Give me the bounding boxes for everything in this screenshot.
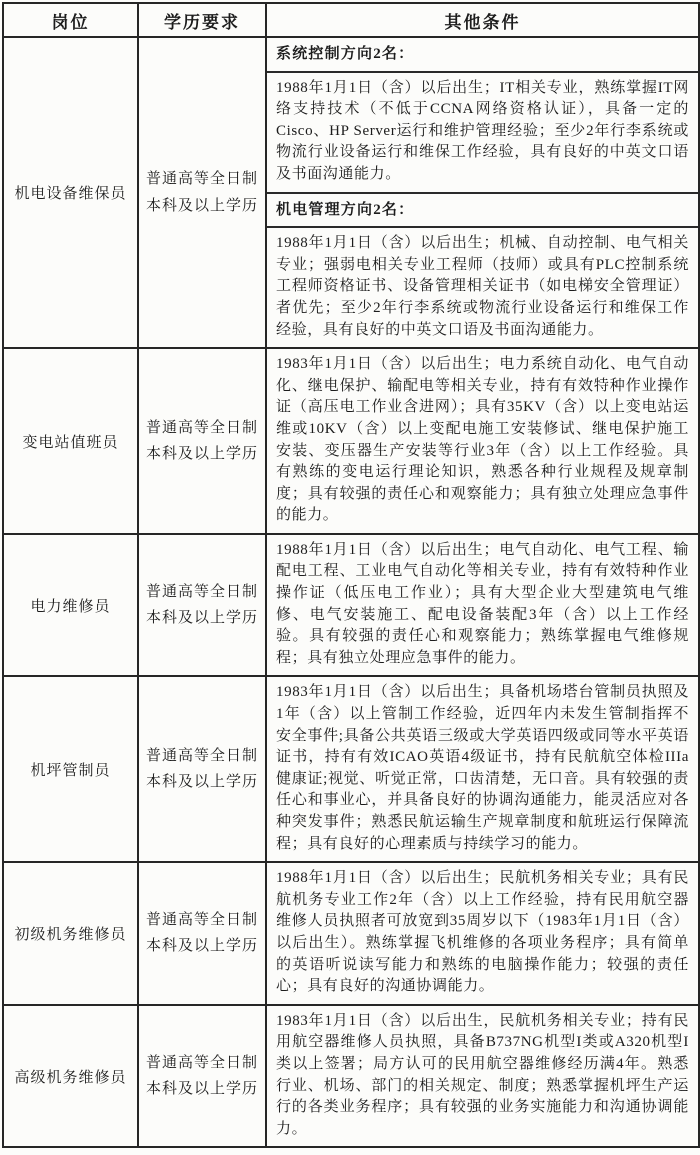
condition-paragraph: 1988年1月1日（含）以后出生；民航机务相关专业；具有民航机务专业工作2年（含… bbox=[267, 863, 698, 1004]
conditions-cell: 系统控制方向2名： 1988年1月1日（含）以后出生；IT相关专业，熟练掌握IT… bbox=[266, 37, 699, 348]
position-cell: 机坪管制员 bbox=[3, 676, 138, 862]
conditions-cell: 1988年1月1日（含）以后出生；电气自动化、电气工程、输配电工程、工业电气自动… bbox=[266, 534, 699, 677]
condition-paragraph: 1988年1月1日（含）以后出生；IT相关专业，熟练掌握IT网络支持技术（不低于… bbox=[267, 71, 698, 192]
conditions-cell: 1988年1月1日（含）以后出生；民航机务相关专业；具有民航机务专业工作2年（含… bbox=[266, 862, 699, 1005]
education-cell: 普通高等全日制本科及以上学历 bbox=[138, 676, 266, 862]
scanned-document-page: 岗位 学历要求 其他条件 机电设备维保员 普通高等全日制本科及以上学历 系统控制… bbox=[0, 0, 700, 1155]
education-cell: 普通高等全日制本科及以上学历 bbox=[138, 348, 266, 534]
table-row: 高级机务维修员 普通高等全日制本科及以上学历 1983年1月1日（含）以后出生，… bbox=[3, 1005, 699, 1148]
education-cell: 普通高等全日制本科及以上学历 bbox=[138, 1005, 266, 1148]
table-row: 初级机务维修员 普通高等全日制本科及以上学历 1988年1月1日（含）以后出生；… bbox=[3, 862, 699, 1005]
header-cell-education: 学历要求 bbox=[138, 3, 266, 37]
job-requirements-table: 岗位 学历要求 其他条件 机电设备维保员 普通高等全日制本科及以上学历 系统控制… bbox=[2, 2, 700, 1148]
table-header-row: 岗位 学历要求 其他条件 bbox=[3, 3, 699, 37]
education-cell: 普通高等全日制本科及以上学历 bbox=[138, 862, 266, 1005]
position-cell: 电力维修员 bbox=[3, 534, 138, 677]
position-cell: 初级机务维修员 bbox=[3, 862, 138, 1005]
position-cell: 机电设备维保员 bbox=[3, 37, 138, 348]
condition-paragraph: 1983年1月1日（含）以后出生；具备机场塔台管制员执照及1年（含）以上管制工作… bbox=[267, 677, 698, 861]
direction-heading: 系统控制方向2名： bbox=[267, 38, 698, 71]
education-cell: 普通高等全日制本科及以上学历 bbox=[138, 534, 266, 677]
conditions-cell: 1983年1月1日（含）以后出生；电力系统自动化、电气自动化、继电保护、输配电等… bbox=[266, 348, 699, 534]
table-row: 变电站值班员 普通高等全日制本科及以上学历 1983年1月1日（含）以后出生；电… bbox=[3, 348, 699, 534]
table-row: 电力维修员 普通高等全日制本科及以上学历 1988年1月1日（含）以后出生；电气… bbox=[3, 534, 699, 677]
table-row: 机电设备维保员 普通高等全日制本科及以上学历 系统控制方向2名： 1988年1月… bbox=[3, 37, 699, 348]
table-row: 机坪管制员 普通高等全日制本科及以上学历 1983年1月1日（含）以后出生；具备… bbox=[3, 676, 699, 862]
direction-heading: 机电管理方向2名： bbox=[267, 192, 698, 227]
position-cell: 变电站值班员 bbox=[3, 348, 138, 534]
education-cell: 普通高等全日制本科及以上学历 bbox=[138, 37, 266, 348]
condition-paragraph: 1988年1月1日（含）以后出生；电气自动化、电气工程、输配电工程、工业电气自动… bbox=[267, 535, 698, 676]
position-cell: 高级机务维修员 bbox=[3, 1005, 138, 1148]
conditions-cell: 1983年1月1日（含）以后出生，民航机务相关专业；持有民用航空器维修人员执照，… bbox=[266, 1005, 699, 1148]
conditions-cell: 1983年1月1日（含）以后出生；具备机场塔台管制员执照及1年（含）以上管制工作… bbox=[266, 676, 699, 862]
condition-paragraph: 1988年1月1日（含）以后出生；机械、自动控制、电气相关专业；强弱电相关专业工… bbox=[267, 226, 698, 347]
condition-paragraph: 1983年1月1日（含）以后出生；电力系统自动化、电气自动化、继电保护、输配电等… bbox=[267, 349, 698, 533]
header-cell-position: 岗位 bbox=[3, 3, 138, 37]
header-cell-other-conditions: 其他条件 bbox=[266, 3, 699, 37]
condition-paragraph: 1983年1月1日（含）以后出生，民航机务相关专业；持有民用航空器维修人员执照，… bbox=[267, 1006, 698, 1147]
